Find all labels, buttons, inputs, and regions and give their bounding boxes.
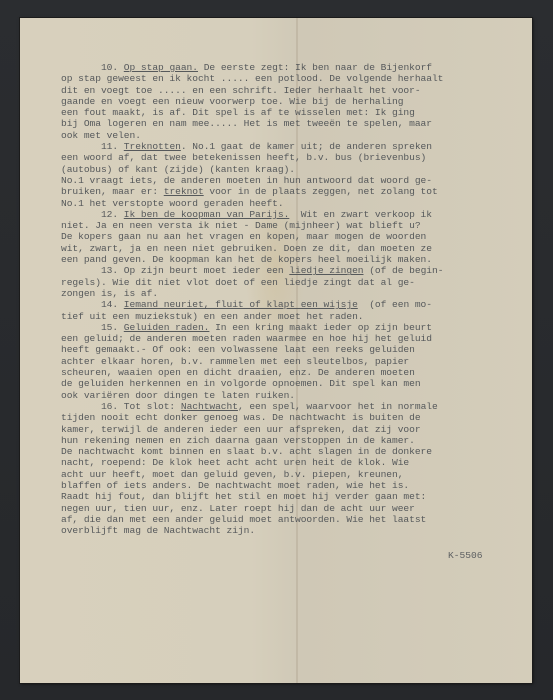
text-segment: bij Oma logeren en nam mee..... Het is m… bbox=[61, 118, 432, 129]
text-segment: een geluid; de anderen moeten raden waar… bbox=[61, 333, 432, 344]
text-line: overblijft mag de Nachtwacht zijn. bbox=[61, 525, 501, 536]
underlined-heading: Treknotten bbox=[124, 141, 181, 152]
text-segment: negen uur, tien uur, enz. Later roept hi… bbox=[61, 503, 415, 514]
text-line: hun rekening nemen en zich daarna gaan v… bbox=[61, 435, 501, 446]
underlined-heading: Iemand neuriet, fluit of klapt een wijsj… bbox=[124, 299, 358, 310]
text-segment: No.1 vraagt iets, de anderen moeten in h… bbox=[61, 175, 432, 186]
text-line: bij Oma logeren en nam mee..... Het is m… bbox=[61, 118, 501, 129]
text-segment: dit en voegt toe ..... en een schrift. I… bbox=[61, 85, 421, 96]
text-line: De kopers gaan nu aan het vragen en kope… bbox=[61, 231, 501, 242]
text-segment: op stap geweest en ik kocht ..... een po… bbox=[61, 73, 443, 84]
underlined-heading: Op stap gaan. bbox=[124, 62, 198, 73]
text-segment: tijden nooit echt donker genoeg was. De … bbox=[61, 412, 421, 423]
text-line: 14. Iemand neuriet, fluit of klapt een w… bbox=[61, 299, 501, 310]
text-line: een geluid; de anderen moeten raden waar… bbox=[61, 333, 501, 344]
text-segment: scheuren, waaien open en dicht draaien, … bbox=[61, 367, 415, 378]
text-line: 15. Geluiden raden. In een kring maakt i… bbox=[61, 322, 501, 333]
text-segment: voor in de plaats zeggen, net zolang tot bbox=[204, 186, 438, 197]
text-segment: de geluiden herkennen en in volgorde opn… bbox=[61, 378, 421, 389]
text-line: tief uit een muziekstuk) en een ander mo… bbox=[61, 311, 501, 322]
underlined-heading: liedje zingen bbox=[289, 265, 363, 276]
text-line: kamer, terwijl de anderen ieder een uur … bbox=[61, 424, 501, 435]
text-segment: ook met velen. bbox=[61, 130, 141, 141]
text-segment: Wit en zwart verkoop ik bbox=[289, 209, 432, 220]
text-segment: regels). Wie dit niet vlot doet of een l… bbox=[61, 277, 415, 288]
text-line: gaande en voegt een nieuw voorwerp toe. … bbox=[61, 96, 501, 107]
text-segment: gaande en voegt een nieuw voorwerp toe. … bbox=[61, 96, 403, 107]
text-line: op stap geweest en ik kocht ..... een po… bbox=[61, 73, 501, 84]
text-line: scheuren, waaien open en dicht draaien, … bbox=[61, 367, 501, 378]
underlined-heading: Nachtwacht bbox=[181, 401, 238, 412]
text-segment: nacht, roepend: De klok heet acht acht u… bbox=[61, 457, 409, 468]
text-line: ook variëren door dingen te laten ruiken… bbox=[61, 390, 501, 401]
reference-code: K-5506 bbox=[448, 550, 483, 561]
text-segment: niet. Ja en neen versta ik niet - Dame (… bbox=[61, 220, 421, 231]
text-segment: (autobus) of kant (zijde) (kanten kraag)… bbox=[61, 164, 295, 175]
text-segment: De nachtwacht komt binnen en slaat b.v. … bbox=[61, 446, 432, 457]
text-line: een pand geven. De koopman kan het de ko… bbox=[61, 254, 501, 265]
text-segment: . No.1 gaat de kamer uit; de anderen spr… bbox=[181, 141, 432, 152]
text-line: Raadt hij fout, dan blijft het stil en m… bbox=[61, 491, 501, 502]
text-line: No.1 het verstopte woord geraden heeft. bbox=[61, 198, 501, 209]
text-segment: ook variëren door dingen te laten ruiken… bbox=[61, 390, 295, 401]
text-line: heeft gemaakt.- Of ook: een volwassene l… bbox=[61, 344, 501, 355]
text-line: regels). Wie dit niet vlot doet of een l… bbox=[61, 277, 501, 288]
text-line: tijden nooit echt donker genoeg was. De … bbox=[61, 412, 501, 423]
text-segment: 12. bbox=[61, 209, 124, 220]
text-segment: tief uit een muziekstuk) en een ander mo… bbox=[61, 311, 363, 322]
text-segment: 11. bbox=[61, 141, 124, 152]
text-segment: In een kring maakt ieder op zijn beurt bbox=[209, 322, 432, 333]
text-segment: een woord af, dat twee betekenissen heef… bbox=[61, 152, 426, 163]
text-segment: achter elkaar horen, b.v. rammelen met e… bbox=[61, 356, 409, 367]
text-segment: 10. bbox=[61, 62, 124, 73]
text-line: nacht, roepend: De klok heet acht acht u… bbox=[61, 457, 501, 468]
text-segment: 13. Op zijn beurt moet ieder een bbox=[61, 265, 289, 276]
text-segment: 14. bbox=[61, 299, 124, 310]
text-line: blaffen of iets anders. De nachtwacht mo… bbox=[61, 480, 501, 491]
text-line: De nachtwacht komt binnen en slaat b.v. … bbox=[61, 446, 501, 457]
text-segment: No.1 het verstopte woord geraden heeft. bbox=[61, 198, 284, 209]
text-line: 16. Tot slot: Nachtwacht, een spel, waar… bbox=[61, 401, 501, 412]
text-line: bruiken, maar er: treknot voor in de pla… bbox=[61, 186, 501, 197]
text-line: dit en voegt toe ..... en een schrift. I… bbox=[61, 85, 501, 96]
text-segment: blaffen of iets anders. De nachtwacht mo… bbox=[61, 480, 409, 491]
text-segment: acht uur heeft, moet dan geluid geven, b… bbox=[61, 469, 403, 480]
underlined-heading: Ik ben de koopman van Parijs. bbox=[124, 209, 290, 220]
text-line: 12. Ik ben de koopman van Parijs. Wit en… bbox=[61, 209, 501, 220]
text-line: (autobus) of kant (zijde) (kanten kraag)… bbox=[61, 164, 501, 175]
text-line: negen uur, tien uur, enz. Later roept hi… bbox=[61, 503, 501, 514]
underlined-heading: Geluiden raden. bbox=[124, 322, 210, 333]
text-segment: 16. Tot slot: bbox=[61, 401, 181, 412]
text-segment: De eerste zegt: Ik ben naar de Bijenkorf bbox=[198, 62, 432, 73]
text-line: 13. Op zijn beurt moet ieder een liedje … bbox=[61, 265, 501, 276]
text-segment: , een spel, waarvoor het in normale bbox=[238, 401, 438, 412]
text-segment: De kopers gaan nu aan het vragen en kope… bbox=[61, 231, 426, 242]
text-segment: (of een mo- bbox=[358, 299, 432, 310]
text-line: ook met velen. bbox=[61, 130, 501, 141]
text-line: een woord af, dat twee betekenissen heef… bbox=[61, 152, 501, 163]
text-line: 10. Op stap gaan. De eerste zegt: Ik ben… bbox=[61, 62, 501, 73]
text-line: een fout maakt, is af. Dit spel is af te… bbox=[61, 107, 501, 118]
text-segment: bruiken, maar er: bbox=[61, 186, 164, 197]
text-segment: heeft gemaakt.- Of ook: een volwassene l… bbox=[61, 344, 415, 355]
text-line: achter elkaar horen, b.v. rammelen met e… bbox=[61, 356, 501, 367]
text-line: zongen is, is af. bbox=[61, 288, 501, 299]
text-line: 11. Treknotten. No.1 gaat de kamer uit; … bbox=[61, 141, 501, 152]
text-line: wit, zwart, ja en neen niet gebruiken. D… bbox=[61, 243, 501, 254]
text-line: niet. Ja en neen versta ik niet - Dame (… bbox=[61, 220, 501, 231]
text-line: af, die dan met een ander geluid moet an… bbox=[61, 514, 501, 525]
text-segment: kamer, terwijl de anderen ieder een uur … bbox=[61, 424, 421, 435]
text-line: acht uur heeft, moet dan geluid geven, b… bbox=[61, 469, 501, 480]
text-line: de geluiden herkennen en in volgorde opn… bbox=[61, 378, 501, 389]
text-segment: overblijft mag de Nachtwacht zijn. bbox=[61, 525, 255, 536]
text-line: No.1 vraagt iets, de anderen moeten in h… bbox=[61, 175, 501, 186]
text-segment: een pand geven. De koopman kan het de ko… bbox=[61, 254, 432, 265]
text-segment: hun rekening nemen en zich daarna gaan v… bbox=[61, 435, 415, 446]
text-segment: Raadt hij fout, dan blijft het stil en m… bbox=[61, 491, 426, 502]
text-segment: een fout maakt, is af. Dit spel is af te… bbox=[61, 107, 415, 118]
text-segment: (of de begin- bbox=[364, 265, 444, 276]
document-page: 10. Op stap gaan. De eerste zegt: Ik ben… bbox=[20, 18, 532, 683]
typewritten-text: 10. Op stap gaan. De eerste zegt: Ik ben… bbox=[61, 62, 501, 536]
text-segment: wit, zwart, ja en neen niet gebruiken. D… bbox=[61, 243, 432, 254]
text-segment: zongen is, is af. bbox=[61, 288, 158, 299]
underlined-heading: treknot bbox=[164, 186, 204, 197]
text-segment: 15. bbox=[61, 322, 124, 333]
text-segment: af, die dan met een ander geluid moet an… bbox=[61, 514, 426, 525]
